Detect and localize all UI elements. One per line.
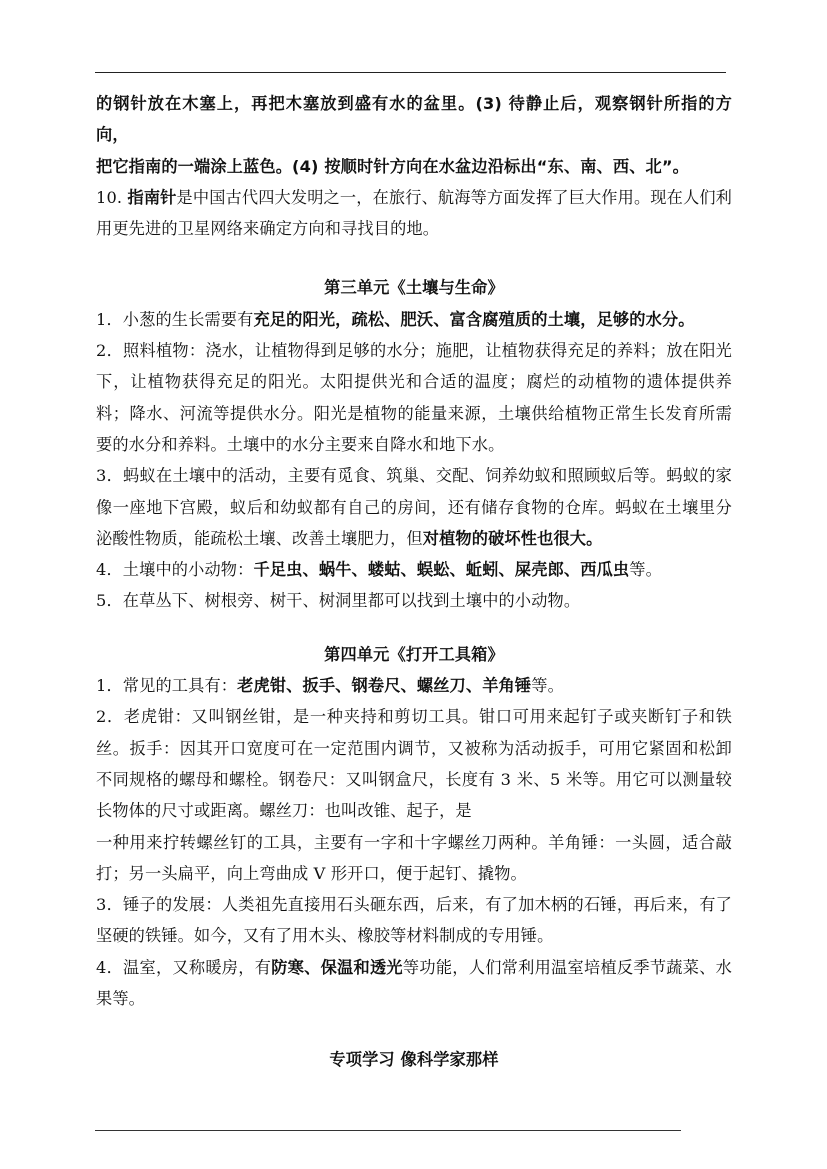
item-text: 1．常见的工具有： — [96, 676, 237, 695]
unit4-title: 第四单元《打开工具箱》 — [96, 639, 732, 670]
continuation-line-1: 的钢针放在木塞上，再把木塞放到盛有水的盆里。(3) 待静止后，观察钢针所指的方向… — [96, 88, 732, 151]
item-text: 3．蚂蚁在土壤中的活动，主要有觅食、筑巢、交配、饲养幼蚁和照顾蚁后等。蚂蚁的家像… — [96, 466, 732, 548]
special-study-title: 专项学习 像科学家那样 — [96, 1044, 732, 1075]
item-bold: 老虎钳、扳手、钢卷尺、螺丝刀、羊角锤 — [237, 676, 531, 695]
item-bold: 指南针 — [128, 188, 177, 207]
item-text: 一种用来拧转螺丝钉的工具，主要有一字和十字螺丝刀两种。羊角锤：一头圆，适合敲打；… — [96, 833, 732, 883]
item-bold: 充足的阳光，疏松、肥沃、富含腐殖质的土壤，足够的水分。 — [254, 310, 695, 329]
item-text: 1．小葱的生长需要有 — [96, 310, 254, 329]
unit4-item-2-cont: 一种用来拧转螺丝钉的工具，主要有一字和十字螺丝刀两种。羊角锤：一头圆，适合敲打；… — [96, 827, 732, 890]
item-text: 2．老虎钳：又叫钢丝钳，是一种夹持和剪切工具。钳口可用来起钉子或夹断钉子和铁丝。… — [96, 707, 732, 820]
item-number: 10. — [96, 188, 128, 207]
unit4-item-4: 4．温室，又称暖房，有防寒、保温和透光等功能，人们常利用温室培植反季节蔬菜、水果… — [96, 952, 732, 1015]
item-text: 5．在草丛下、树根旁、树干、树洞里都可以找到土壤中的小动物。 — [96, 591, 580, 610]
item-bold: 千足虫、蜗牛、蝼蛄、蜈蚣、蚯蚓、屎壳郎、西瓜虫 — [254, 560, 630, 579]
unit4-item-3: 3．锤子的发展：人类祖先直接用石头砸东西，后来，有了加木柄的石锤，再后来，有了坚… — [96, 889, 732, 952]
unit3-item-5: 5．在草丛下、树根旁、树干、树洞里都可以找到土壤中的小动物。 — [96, 585, 732, 616]
footer-rule — [95, 1130, 681, 1131]
unit3-title: 第三单元《土壤与生命》 — [96, 272, 732, 303]
item-10: 10. 指南针是中国古代四大发明之一，在旅行、航海等方面发挥了巨大作用。现在人们… — [96, 182, 732, 245]
item-post: 等。 — [531, 676, 564, 695]
item-bold: 对植物的破坏性也很大。 — [423, 529, 603, 548]
header-rule — [95, 72, 726, 73]
unit3-item-4: 4．土壤中的小动物：千足虫、蜗牛、蝼蛄、蜈蚣、蚯蚓、屎壳郎、西瓜虫等。 — [96, 554, 732, 585]
item-text: 4．土壤中的小动物： — [96, 560, 254, 579]
item-text: 4．温室，又称暖房，有 — [96, 958, 271, 977]
item-bold: 防寒、保温和透光 — [271, 958, 403, 977]
unit4-item-2: 2．老虎钳：又叫钢丝钳，是一种夹持和剪切工具。钳口可用来起钉子或夹断钉子和铁丝。… — [96, 701, 732, 826]
unit4-item-1: 1．常见的工具有：老虎钳、扳手、钢卷尺、螺丝刀、羊角锤等。 — [96, 670, 732, 701]
item-text: 3．锤子的发展：人类祖先直接用石头砸东西，后来，有了加木柄的石锤，再后来，有了坚… — [96, 895, 732, 945]
item-text: 2．照料植物：浇水，让植物得到足够的水分；施肥，让植物获得充足的养料；放在阳光下… — [96, 341, 732, 454]
item-post: 等。 — [629, 560, 662, 579]
continuation-line-2: 把它指南的一端涂上蓝色。(4) 按顺时针方向在水盆边沿标出“东、南、西、北”。 — [96, 151, 732, 182]
document-page: 的钢针放在木塞上，再把木塞放到盛有水的盆里。(3) 待静止后，观察钢针所指的方向… — [96, 88, 732, 1076]
unit3-item-3: 3．蚂蚁在土壤中的活动，主要有觅食、筑巢、交配、饲养幼蚁和照顾蚁后等。蚂蚁的家像… — [96, 460, 732, 554]
unit3-item-2: 2．照料植物：浇水，让植物得到足够的水分；施肥，让植物获得充足的养料；放在阳光下… — [96, 335, 732, 460]
item-text: 是中国古代四大发明之一，在旅行、航海等方面发挥了巨大作用。现在人们利用更先进的卫… — [96, 188, 732, 238]
unit3-item-1: 1．小葱的生长需要有充足的阳光，疏松、肥沃、富含腐殖质的土壤，足够的水分。 — [96, 304, 732, 335]
